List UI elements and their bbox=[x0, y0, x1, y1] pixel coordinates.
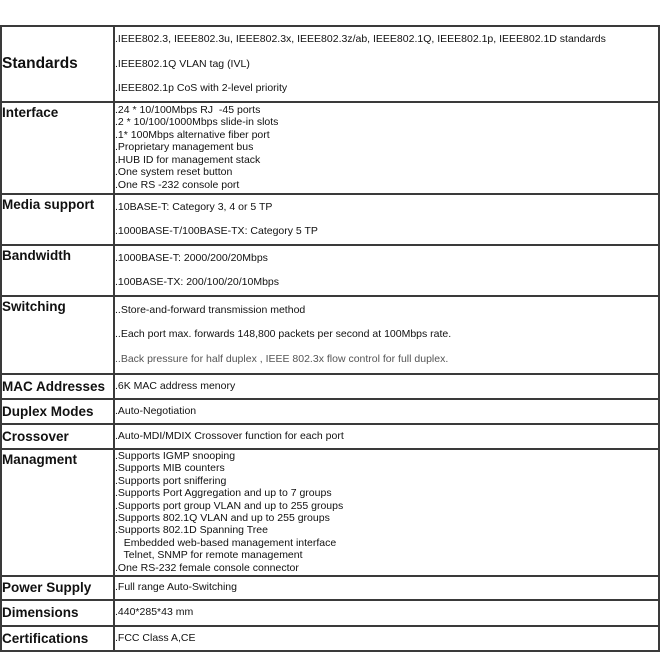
spec-label: Certifications bbox=[1, 626, 114, 651]
spec-value-line: ..Back pressure for half duplex , IEEE 8… bbox=[115, 347, 658, 372]
spec-label: Crossover bbox=[1, 424, 114, 449]
spec-row-standards: Standards .IEEE802.3, IEEE802.3u, IEEE80… bbox=[1, 26, 659, 102]
spec-value-line: .One RS -232 console port bbox=[115, 179, 658, 191]
spec-value: ..Store-and-forward transmission method.… bbox=[114, 296, 659, 374]
spec-row-certifications: Certifications .FCC Class A,CE bbox=[1, 626, 659, 651]
spec-value-line: .HUB ID for management stack bbox=[115, 154, 658, 166]
spec-row-crossover: Crossover .Auto-MDI/MDIX Crossover funct… bbox=[1, 424, 659, 449]
spec-value-line: .10BASE-T: Category 3, 4 or 5 TP bbox=[115, 195, 658, 220]
spec-value: .1000BASE-T: 2000/200/20Mbps.100BASE-TX:… bbox=[114, 245, 659, 296]
spec-row-interface: Interface .24 * 10/100Mbps RJ -45 ports.… bbox=[1, 102, 659, 194]
spec-value: .IEEE802.3, IEEE802.3u, IEEE802.3x, IEEE… bbox=[114, 26, 659, 102]
spec-value-line: .Supports port sniffering bbox=[115, 475, 658, 487]
spec-value-line: .Auto-MDI/MDIX Crossover function for ea… bbox=[115, 426, 658, 447]
spec-row-dimensions: Dimensions .440*285*43 mm bbox=[1, 600, 659, 626]
spec-value-line: .Full range Auto-Switching bbox=[115, 577, 658, 598]
spec-value-line: ..Each port max. forwards 148,800 packet… bbox=[115, 322, 658, 347]
spec-row-switching: Switching ..Store-and-forward transmissi… bbox=[1, 296, 659, 374]
spec-value-line: .Supports 802.1D Spanning Tree bbox=[115, 524, 658, 536]
spec-label: Bandwidth bbox=[1, 245, 114, 296]
spec-label: Media support bbox=[1, 194, 114, 245]
spec-label: MAC Addresses bbox=[1, 374, 114, 399]
spec-value-line: .24 * 10/100Mbps RJ -45 ports bbox=[115, 104, 658, 116]
spec-value-line: .One RS-232 female console connector bbox=[115, 562, 658, 574]
spec-row-duplex-modes: Duplex Modes .Auto-Negotiation bbox=[1, 399, 659, 424]
spec-value: .10BASE-T: Category 3, 4 or 5 TP.1000BAS… bbox=[114, 194, 659, 245]
spec-value-line: Embedded web-based management interface bbox=[115, 537, 658, 549]
spec-value-line: ..Store-and-forward transmission method bbox=[115, 298, 658, 323]
spec-value: .FCC Class A,CE bbox=[114, 626, 659, 651]
spec-value-line: .1000BASE-T/100BASE-TX: Category 5 TP bbox=[115, 219, 658, 244]
spec-label: Duplex Modes bbox=[1, 399, 114, 424]
spec-label: Dimensions bbox=[1, 600, 114, 626]
spec-value-line: .100BASE-TX: 200/100/20/10Mbps bbox=[115, 270, 658, 295]
spec-row-managment: Managment .Supports IGMP snooping.Suppor… bbox=[1, 449, 659, 576]
spec-value: .24 * 10/100Mbps RJ -45 ports.2 * 10/100… bbox=[114, 102, 659, 194]
spec-value-line: .IEEE802.1Q VLAN tag (IVL) bbox=[115, 52, 658, 77]
spec-value-line: .1000BASE-T: 2000/200/20Mbps bbox=[115, 246, 658, 271]
spec-value-line: .Supports 802.1Q VLAN and up to 255 grou… bbox=[115, 512, 658, 524]
spec-value: .Supports IGMP snooping.Supports MIB cou… bbox=[114, 449, 659, 576]
spec-value-line: .Supports Port Aggregation and up to 7 g… bbox=[115, 487, 658, 499]
spec-value-line: .Supports port group VLAN and up to 255 … bbox=[115, 500, 658, 512]
spec-value-line: .6K MAC address menory bbox=[115, 376, 658, 397]
spec-value: .Full range Auto-Switching bbox=[114, 576, 659, 600]
spec-value: .Auto-MDI/MDIX Crossover function for ea… bbox=[114, 424, 659, 449]
spec-value-line: .IEEE802.3, IEEE802.3u, IEEE802.3x, IEEE… bbox=[115, 27, 658, 52]
spec-value-line: .IEEE802.1p CoS with 2-level priority bbox=[115, 76, 658, 101]
spec-row-mac-addresses: MAC Addresses .6K MAC address menory bbox=[1, 374, 659, 399]
spec-label: Interface bbox=[1, 102, 114, 194]
spec-value-line: Telnet, SNMP for remote management bbox=[115, 549, 658, 561]
spec-value-line: .Proprietary management bus bbox=[115, 141, 658, 153]
spec-row-power-supply: Power Supply .Full range Auto-Switching bbox=[1, 576, 659, 600]
spec-value: .440*285*43 mm bbox=[114, 600, 659, 626]
spec-value-line: .440*285*43 mm bbox=[115, 602, 658, 623]
spec-value-line: .Auto-Negotiation bbox=[115, 401, 658, 422]
spec-value-line: .2 * 10/100/1000Mbps slide-in slots bbox=[115, 116, 658, 128]
spec-label: Managment bbox=[1, 449, 114, 576]
specifications-table: Standards .IEEE802.3, IEEE802.3u, IEEE80… bbox=[0, 25, 660, 652]
spec-row-bandwidth: Bandwidth .1000BASE-T: 2000/200/20Mbps.1… bbox=[1, 245, 659, 296]
spec-value: .6K MAC address menory bbox=[114, 374, 659, 399]
spec-value-line: .Supports IGMP snooping bbox=[115, 450, 658, 462]
spec-label: Switching bbox=[1, 296, 114, 374]
spec-row-media-support: Media support .10BASE-T: Category 3, 4 o… bbox=[1, 194, 659, 245]
spec-value-line: .Supports MIB counters bbox=[115, 462, 658, 474]
spec-value-line: .FCC Class A,CE bbox=[115, 628, 658, 649]
spec-value: .Auto-Negotiation bbox=[114, 399, 659, 424]
spec-value-line: .1* 100Mbps alternative fiber port bbox=[115, 129, 658, 141]
spec-label: Power Supply bbox=[1, 576, 114, 600]
spec-label: Standards bbox=[1, 26, 114, 102]
spec-value-line: .One system reset button bbox=[115, 166, 658, 178]
